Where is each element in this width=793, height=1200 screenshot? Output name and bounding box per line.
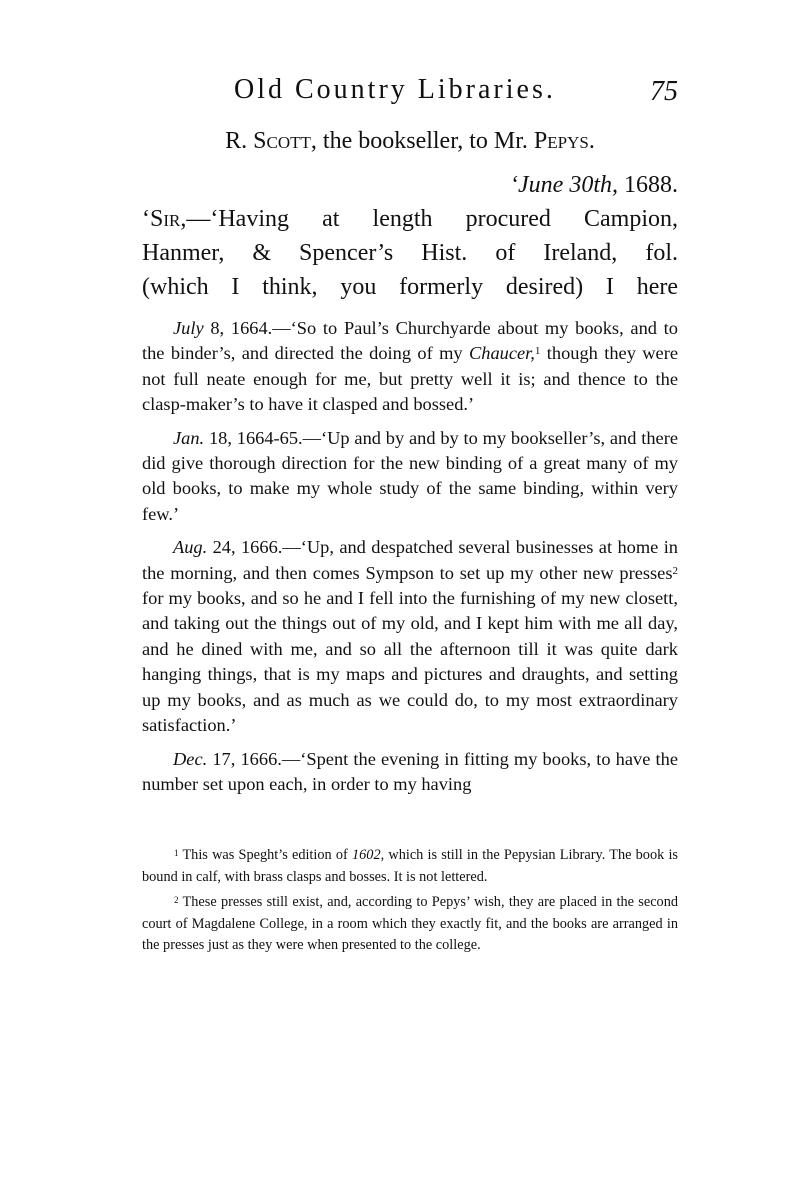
diary-entry-text: 24, 1666.—‘Up, and despatched several bu…	[142, 537, 678, 582]
running-head: Old Country Libraries. 75	[234, 74, 678, 108]
footnote-marker: 1	[174, 848, 179, 858]
letter-date: ‘June 30th, 1688.	[510, 172, 678, 199]
page-number: 75	[650, 76, 678, 108]
footnotes: 1 This was Speght’s edition of 1602, whi…	[142, 845, 678, 961]
heading-mid: , the bookseller, to Mr.	[311, 128, 534, 154]
letter-date-day: ‘June 30th,	[510, 172, 618, 198]
heading-recipient: Pepys	[534, 128, 589, 154]
diary-entry: Dec. 17, 1666.—‘Spent the evening in fit…	[142, 747, 678, 798]
footnote: 1 This was Speght’s edition of 1602, whi…	[142, 845, 678, 888]
diary-entry-text: 17, 1666.—‘Spent the evening in fitting …	[142, 749, 678, 794]
footnote-text: These presses still exist, and, accordin…	[142, 894, 678, 953]
diary-entry-text: for my books, and so he and I fell into …	[142, 588, 678, 735]
footnote: 2 These presses still exist, and, accord…	[142, 892, 678, 957]
letter-salutation: Sir	[150, 206, 180, 232]
diary-entry-italic: Chaucer,	[469, 343, 535, 363]
letter-date-year: 1688.	[618, 172, 678, 198]
letter-line-1: ‘Sir,—‘Having at length procured Campion…	[142, 202, 678, 236]
footnote-ref[interactable]: 2	[673, 565, 679, 577]
letter-body: ‘Sir,—‘Having at length procured Campion…	[142, 202, 678, 304]
running-title: Old Country Libraries.	[234, 74, 556, 106]
diary-entry-date: July	[173, 318, 204, 338]
footnote-ref[interactable]: 1	[535, 345, 541, 357]
letter-line-3: (which I think, you formerly desired) I …	[142, 270, 678, 304]
letter-line-2: Hanmer, & Spencer’s Hist. of Ireland, fo…	[142, 236, 678, 270]
heading-end: .	[589, 128, 595, 154]
diary-entry: Aug. 24, 1666.—‘Up, and despatched sever…	[142, 535, 678, 738]
letter-salutation-quote: ‘	[142, 206, 150, 232]
heading-prefix: R.	[225, 128, 253, 154]
letter-line-1-rest: ,—‘Having at length procured Campion,	[180, 206, 678, 232]
diary-entry-date: Dec.	[173, 749, 207, 769]
footnote-marker: 2	[174, 895, 179, 905]
diary-entry-text: 18, 1664-65.—‘Up and by and by to my boo…	[142, 428, 678, 524]
diary-extracts: July 8, 1664.—‘So to Paul’s Churchyarde …	[142, 316, 678, 805]
diary-entry-date: Aug.	[173, 537, 207, 557]
footnote-text: This was Speght’s edition of	[179, 847, 353, 863]
diary-entry: July 8, 1664.—‘So to Paul’s Churchyarde …	[142, 316, 678, 418]
heading-sender: Scott	[253, 128, 311, 154]
footnote-italic: 1602	[352, 847, 381, 863]
diary-entry: Jan. 18, 1664-65.—‘Up and by and by to m…	[142, 426, 678, 528]
diary-entry-date: Jan.	[173, 428, 204, 448]
letter-heading: R. Scott, the bookseller, to Mr. Pepys.	[142, 128, 678, 155]
